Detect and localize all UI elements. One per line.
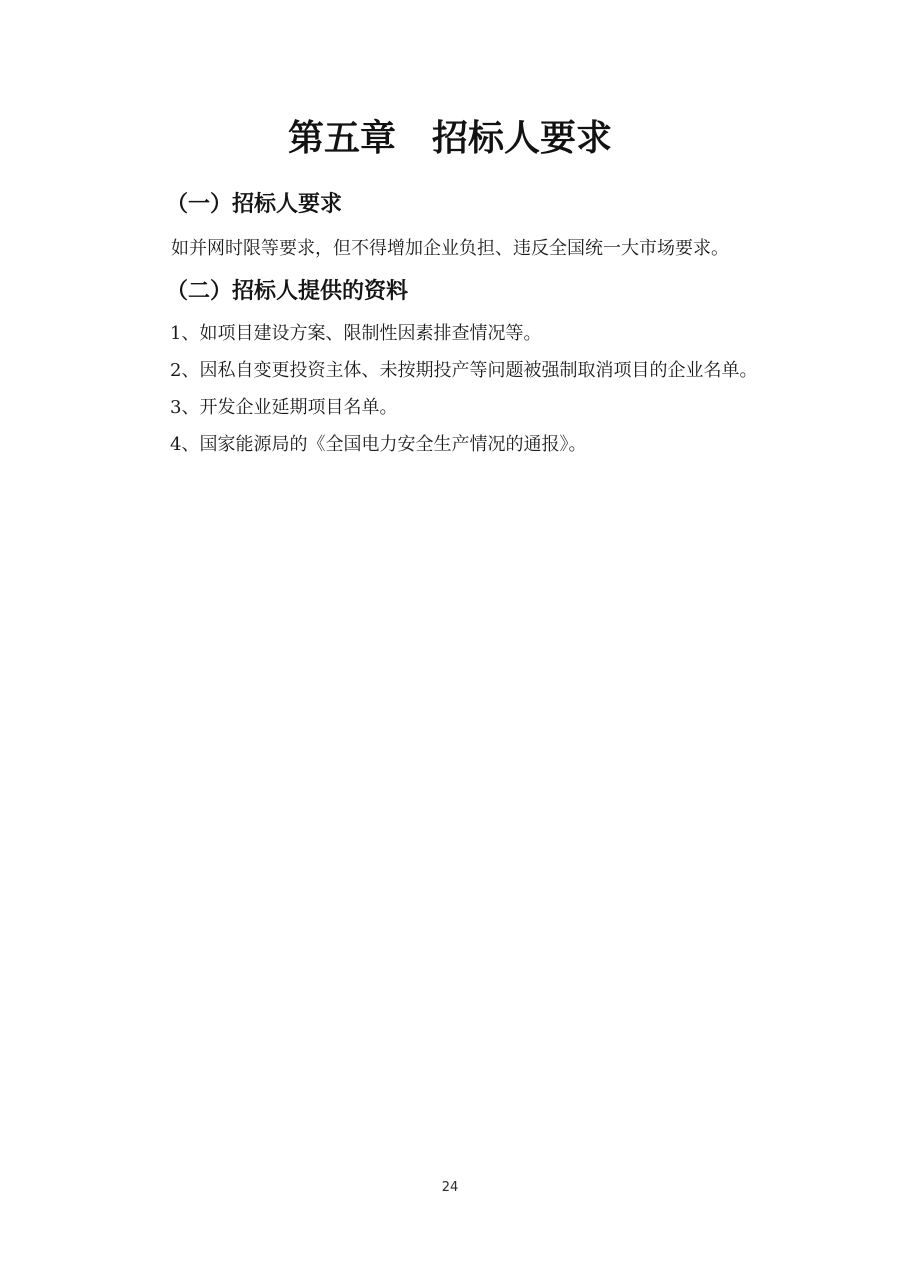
document-page: 第五章 招标人要求 （一）招标人要求 如并网时限等要求，但不得增加企业负担、违反… (0, 0, 900, 1272)
section-heading-tenderer-requirements: （一）招标人要求 (166, 189, 900, 219)
section1-paragraph: 如并网时限等要求，但不得增加企业负担、违反全国统一大市场要求。 (171, 236, 900, 262)
list-item: 4、国家能源局的《全国电力安全生产情况的通报》。 (170, 432, 900, 458)
list-item: 1、如项目建设方案、限制性因素排查情况等。 (170, 321, 900, 347)
list-item: 3、开发企业延期项目名单。 (170, 395, 900, 421)
list-item: 2、因私自变更投资主体、未按期投产等问题被强制取消项目的企业名单。 (170, 358, 900, 384)
chapter-title: 第五章 招标人要求 (0, 0, 900, 162)
section-heading-tenderer-materials: （二）招标人提供的资料 (166, 276, 900, 306)
page-number: 24 (0, 1180, 900, 1196)
materials-list: 1、如项目建设方案、限制性因素排查情况等。 2、因私自变更投资主体、未按期投产等… (0, 321, 900, 458)
